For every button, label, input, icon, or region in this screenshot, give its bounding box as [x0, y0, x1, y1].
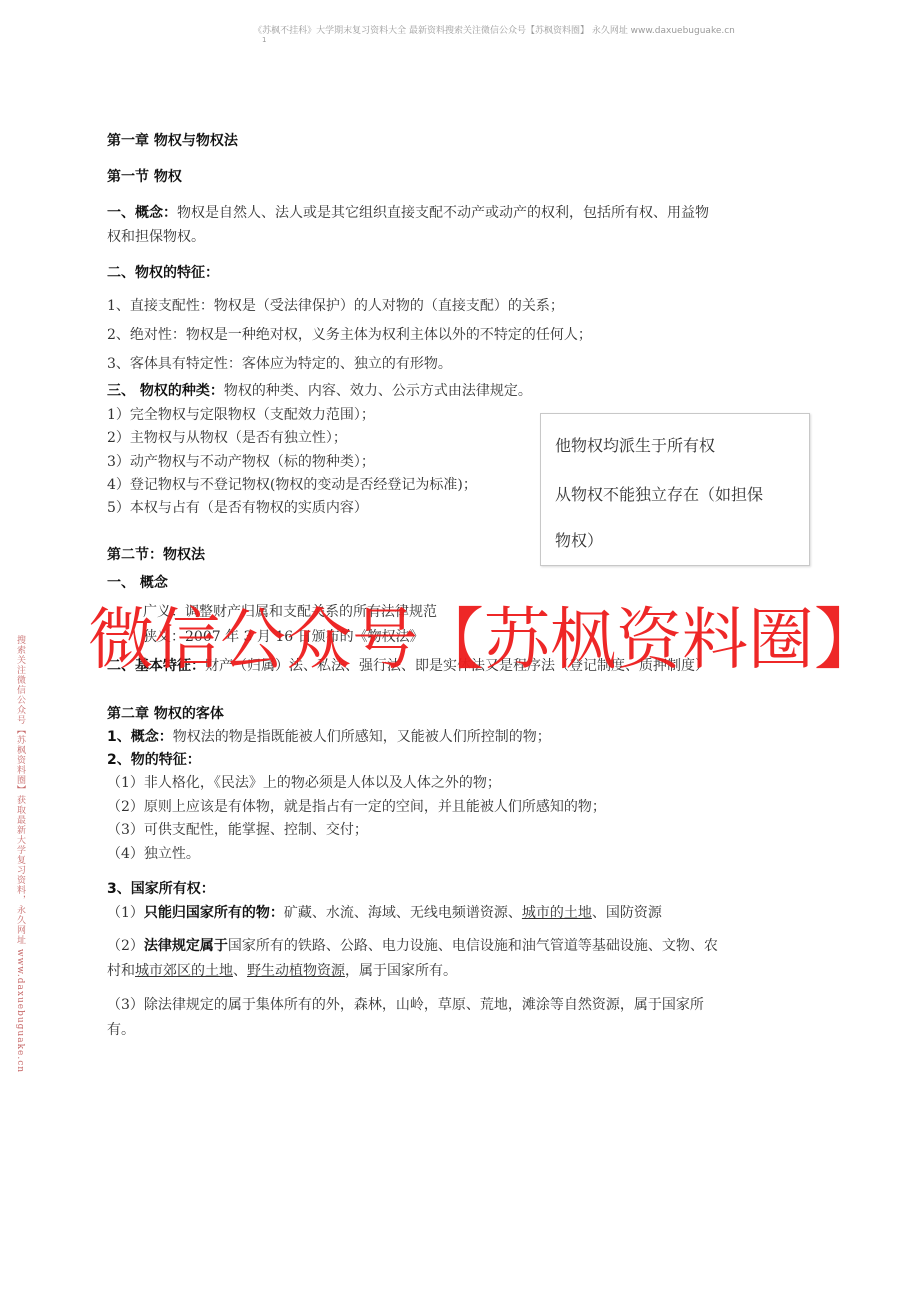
types-label: 三、 物权的种类： — [107, 383, 224, 399]
ch2-feature-item: （2）原则上应该是有体物，就是指占有一定的空间，并且能被人们所感知的物； — [107, 797, 606, 817]
ch2-concept-line: 1、概念：物权法的物是指既能被人们所感知，又能被人们所控制的物； — [107, 727, 551, 747]
comment-note-box: 他物权均派生于所有权 从物权不能独立存在（如担保 物权） — [540, 413, 810, 566]
basic-features-line: 二、基本特征：财产（归属）法、私法、强行法、即是实体法又是程序法（登记制度、质押… — [107, 656, 709, 676]
section1-title: 第一节 物权 — [107, 167, 182, 187]
item-text: 国家所有的铁路、公路、电力设施、电信设施和油气管道等基础设施、文物、农 — [228, 938, 718, 954]
note-line: 他物权均派生于所有权 — [555, 433, 715, 456]
section2-title: 第二节：物权法 — [107, 545, 205, 565]
state-ownership-title: 3、国家所有权： — [107, 879, 215, 899]
item-prefix: （2） — [107, 938, 144, 954]
ch2-feature-item: （3）可供支配性，能掌握、控制、交付； — [107, 820, 368, 840]
item-text: 矿藏、水流、海域、无线电频谱资源、 — [284, 905, 522, 921]
type-item: 2）主物权与从物权（是否有独立性）； — [107, 428, 347, 448]
ch2-feature-item: （1）非人格化，《民法》上的物必须是人体以及人体之外的物； — [107, 773, 501, 793]
item-text: 村和 — [107, 963, 135, 979]
header-banner: 《苏枫不挂科》大学期末复习资料大全 最新资料搜索关注微信公众号【苏枫资料圈】 永… — [0, 23, 918, 36]
item-text: ，属于国家所有。 — [345, 963, 457, 979]
item-bold: 法律规定属于 — [144, 938, 228, 954]
ch2-feature-item: （4）独立性。 — [107, 844, 200, 864]
item-text: 、 — [233, 963, 247, 979]
item-prefix: （1） — [107, 905, 144, 921]
concept-text: 物权是自然人、法人或是其它组织直接支配不动产或动产的权利，包括所有权、用益物 — [177, 205, 709, 221]
features-title: 二、物权的特征： — [107, 263, 219, 283]
broad-definition: 广义：调整财产归属和支配关系的所有法律规范 — [143, 602, 437, 622]
state-item-3-line-1: （3）除法律规定的属于集体所有的外，森林，山岭，草原、荒地，滩涂等自然资源，属于… — [107, 995, 704, 1015]
ch2-concept-text: 物权法的物是指既能被人们所感知，又能被人们所控制的物； — [173, 729, 551, 745]
type-item: 4）登记物权与不登记物权(物权的变动是否经登记为标准)； — [107, 475, 477, 495]
feature-item: 3、客体具有特定性：客体应为特定的、独立的有形物。 — [107, 354, 452, 374]
ch2-features-title: 2、物的特征： — [107, 750, 201, 770]
item-bold: 只能归国家所有的物： — [144, 905, 284, 921]
note-line: 从物权不能独立存在（如担保 — [555, 482, 763, 505]
chapter2-title: 第二章 物权的客体 — [107, 704, 224, 724]
underlined-term: 野生动植物资源 — [247, 963, 345, 979]
concept-label: 一、概念： — [107, 205, 177, 221]
types-text: 物权的种类、内容、效力、公示方式由法律规定。 — [224, 383, 532, 399]
state-item-3-line-2: 有。 — [107, 1020, 135, 1040]
feature-item: 1、直接支配性：物权是（受法律保护）的人对物的（直接支配）的关系； — [107, 296, 564, 316]
feature-item: 2、绝对性：物权是一种绝对权，义务主体为权利主体以外的不特定的任何人； — [107, 325, 592, 345]
underlined-term: 城市的土地 — [522, 905, 592, 921]
state-item-1: （1）只能归国家所有的物：矿藏、水流、海域、无线电频谱资源、城市的土地、国防资源 — [107, 903, 662, 923]
narrow-definition: 狭义：2007 年 3 月 16 日颁布的《物权法》 — [143, 627, 424, 647]
type-item: 3）动产物权与不动产物权（标的物种类）； — [107, 452, 375, 472]
state-item-2-line-2: 村和城市郊区的土地、野生动植物资源，属于国家所有。 — [107, 961, 457, 981]
ch2-concept-label: 1、概念： — [107, 729, 173, 745]
state-item-2-line-1: （2）法律规定属于国家所有的铁路、公路、电力设施、电信设施和油气管道等基础设施、… — [107, 936, 718, 956]
note-line: 物权） — [555, 528, 603, 551]
item-text: 、国防资源 — [592, 905, 662, 921]
underlined-term: 城市郊区的土地 — [135, 963, 233, 979]
chapter1-title: 第一章 物权与物权法 — [107, 131, 238, 151]
concept-line-1: 一、概念：物权是自然人、法人或是其它组织直接支配不动产或动产的权利，包括所有权、… — [107, 203, 709, 223]
type-item: 1）完全物权与定限物权（支配效力范围）； — [107, 405, 375, 425]
basic-features-label: 二、基本特征： — [107, 658, 205, 674]
types-line: 三、 物权的种类：物权的种类、内容、效力、公示方式由法律规定。 — [107, 381, 532, 401]
type-item: 5）本权与占有（是否有物权的实质内容） — [107, 498, 368, 518]
concept-line-2: 权和担保物权。 — [107, 227, 205, 247]
section2-concept-title: 一、 概念 — [107, 573, 168, 593]
basic-features-text: 财产（归属）法、私法、强行法、即是实体法又是程序法（登记制度、质押制度） — [205, 658, 709, 674]
side-watermark: 搜索关注微信公众号【苏枫资料圈】获取最新大学复习资料，永久网址 www.daxu… — [14, 635, 26, 1073]
page-mark: 1 — [262, 36, 266, 44]
